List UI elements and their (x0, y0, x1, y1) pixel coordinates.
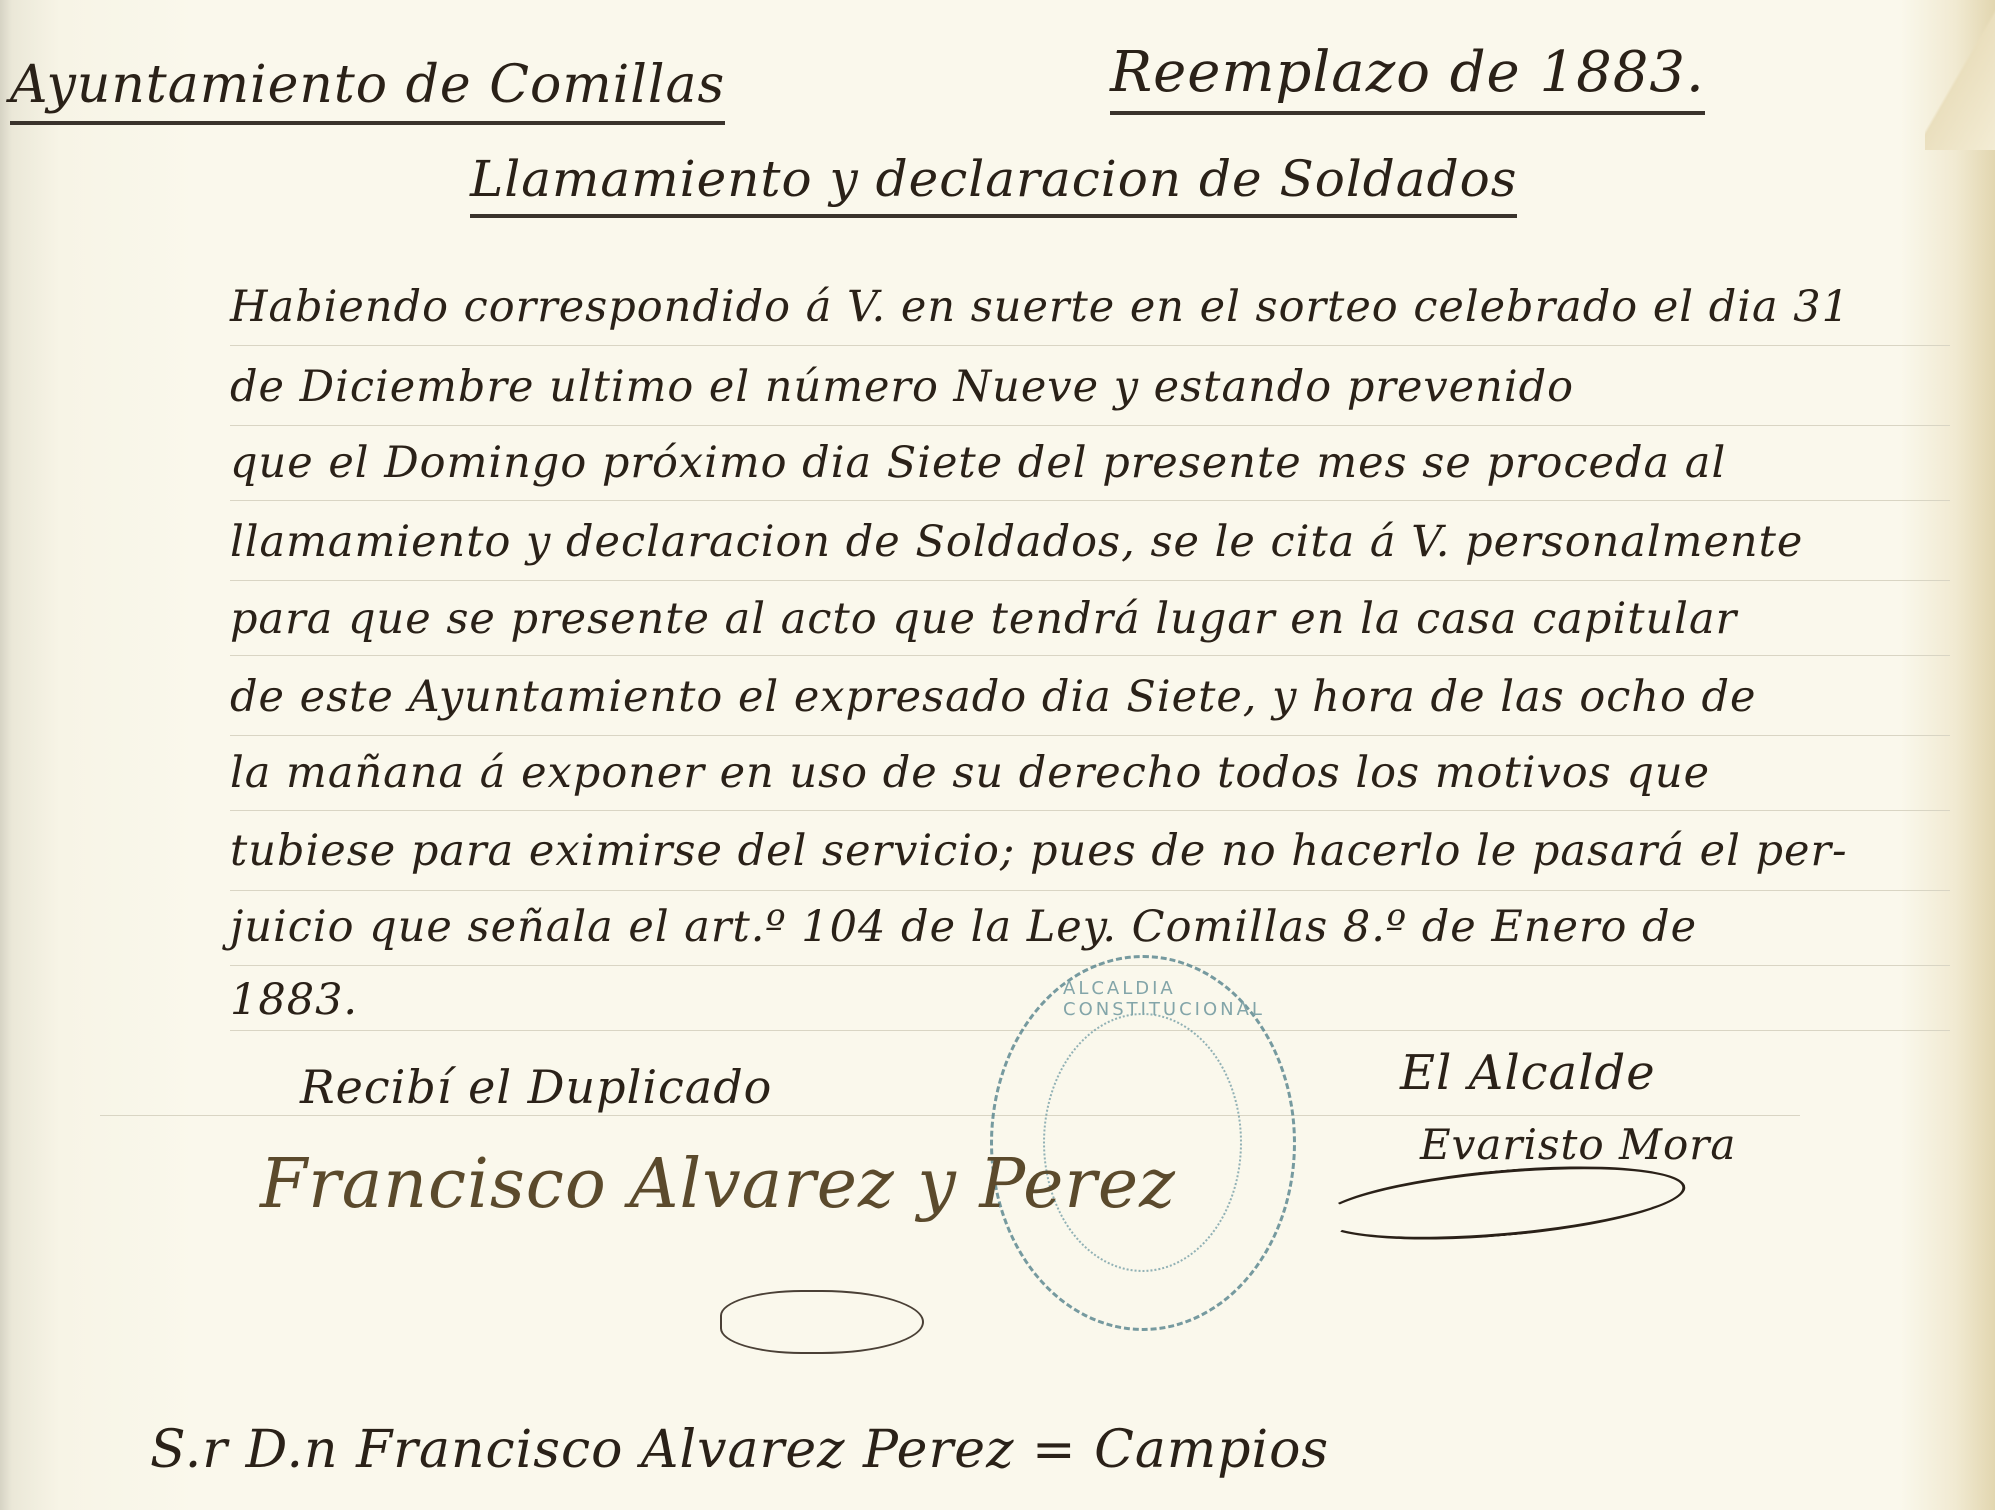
page-fold (1925, 0, 1995, 150)
mayor-signature: Evaristo Mora (1420, 1120, 1736, 1169)
ruled-line (230, 735, 1950, 736)
document-page: Ayuntamiento de Comillas Reemplazo de 18… (0, 0, 1995, 1510)
ruled-line (230, 425, 1950, 426)
body-line: la mañana á exponer en uso de su derecho… (230, 748, 1710, 798)
body-line: tubiese para eximirse del servicio; pues… (230, 826, 1848, 876)
rubric-mark (720, 1290, 924, 1354)
body-line: para que se presente al acto que tendrá … (230, 594, 1737, 644)
signature-flourish (1318, 1154, 1688, 1252)
ruled-line (230, 810, 1950, 811)
recipient-signature: Francisco Alvarez y Perez (260, 1145, 1176, 1224)
receipt-label: Recibí el Duplicado (300, 1060, 772, 1114)
body-line: de este Ayuntamiento el expresado dia Si… (230, 672, 1757, 722)
document-title: Reemplazo de 1883. (1110, 40, 1705, 115)
ruled-line (230, 655, 1950, 656)
ruled-line (230, 500, 1950, 501)
body-line: que el Domingo próximo dia Siete del pre… (230, 438, 1726, 488)
addressee-line: S.r D.n Francisco Alvarez Perez = Campio… (150, 1420, 1329, 1480)
mayor-title: El Alcalde (1400, 1045, 1656, 1101)
ruled-line (230, 345, 1950, 346)
official-seal-stamp: ALCALDIA CONSTITUCIONAL (990, 955, 1296, 1331)
municipality-heading: Ayuntamiento de Comillas (10, 55, 725, 125)
body-line: llamamiento y declaracion de Soldados, s… (230, 517, 1803, 567)
document-subtitle: Llamamiento y declaracion de Soldados (470, 150, 1517, 218)
ruled-line (230, 580, 1950, 581)
body-line: de Diciembre ultimo el número Nueve y es… (230, 362, 1574, 412)
ruled-line (100, 1115, 1800, 1116)
seal-text: ALCALDIA CONSTITUCIONAL (1063, 978, 1293, 1020)
body-line: 1883. (230, 975, 358, 1025)
body-line: Habiendo correspondido á V. en suerte en… (230, 282, 1850, 332)
ruled-line (230, 890, 1950, 891)
body-line: juicio que señala el art.º 104 de la Ley… (230, 902, 1697, 952)
seal-inner-ring (1043, 1013, 1242, 1272)
